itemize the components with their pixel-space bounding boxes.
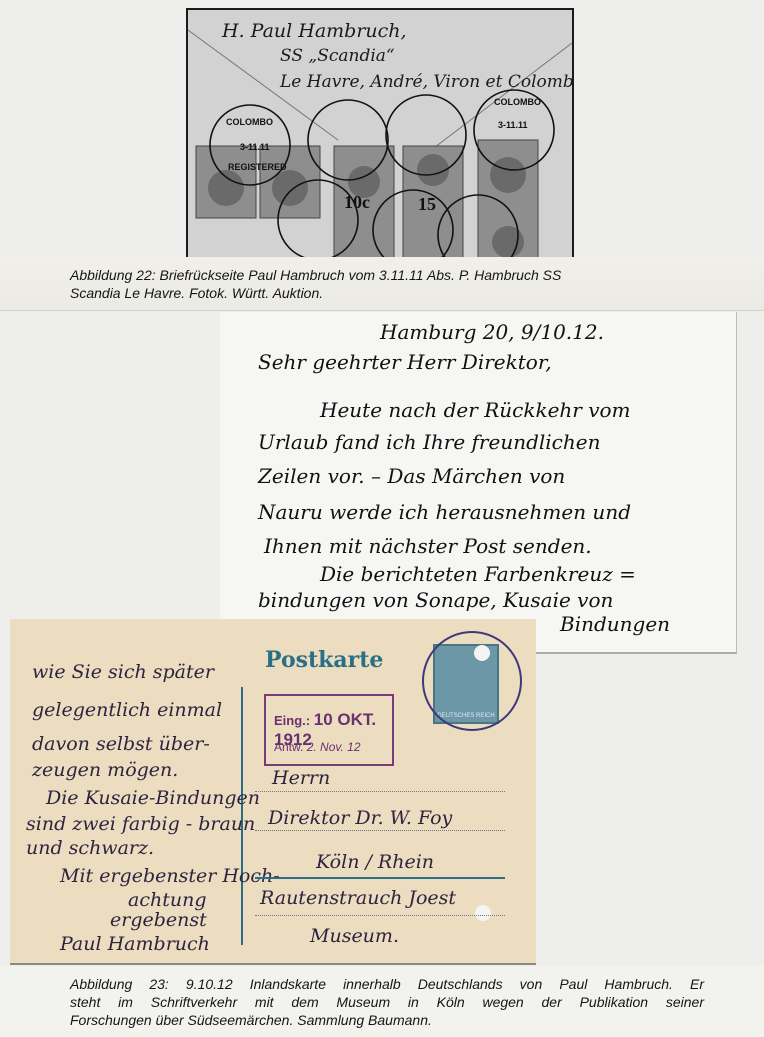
address-recipient-line: Köln / Rhein	[316, 851, 434, 873]
received-stamp: Eing.: 10 OKT. 1912 Antw. 2. Nov. 12	[264, 694, 394, 766]
address-recipient-line: Direktor Dr. W. Foy	[268, 807, 452, 829]
svg-text:REGISTERED: REGISTERED	[228, 162, 287, 172]
letter-line: Zeilen vor. – Das Märchen von	[258, 464, 565, 488]
envelope-sender-line-3: Le Havre, André, Viron et Colombo	[280, 72, 574, 92]
address-line	[255, 791, 505, 792]
svg-text:COLOMBO: COLOMBO	[226, 117, 273, 127]
svg-text:3-11.11: 3-11.11	[498, 120, 528, 130]
svg-text:COLOMBO: COLOMBO	[494, 97, 541, 107]
postcard-message-line: achtung	[128, 889, 206, 911]
caption-line: steht im Schriftverkehr mit dem Museum i…	[70, 993, 704, 1011]
answer-label: Antw.	[274, 740, 303, 754]
postcard-message-line: ergebenst	[110, 909, 207, 931]
postmark-cancel	[422, 631, 522, 731]
postcard-message-line: und schwarz.	[26, 837, 154, 859]
postcard-message-line: gelegentlich einmal	[32, 699, 222, 721]
letter-line: Ihnen mit nächster Post senden.	[264, 534, 592, 558]
postcard-message-line: zeugen mögen.	[32, 759, 178, 781]
address-line	[255, 915, 505, 916]
letter-line: Urlaub fand ich Ihre freundlichen	[258, 430, 600, 454]
postcard-message-line: wie Sie sich später	[32, 661, 214, 683]
postcard-message-line: sind zwei farbig - braun	[26, 813, 255, 835]
letter-line: Nauru werde ich herausnehmen und	[258, 500, 631, 524]
svg-text:3-11.11: 3-11.11	[240, 142, 270, 152]
letter-line: Hamburg 20, 9/10.12.	[380, 320, 604, 344]
received-label: Eing.:	[274, 713, 310, 728]
punch-hole	[474, 645, 490, 661]
postcard-signature: Paul Hambruch	[60, 933, 210, 955]
handwritten-letter: Hamburg 20, 9/10.12. Sehr geehrter Herr …	[220, 312, 737, 654]
postcard-title: Postkarte	[265, 647, 383, 673]
envelope-photo: 10c 15 COLOMBO 3-11.11 REGISTERED COLOMB…	[186, 8, 574, 260]
caption-line: Abbildung 22: Briefrückseite Paul Hambru…	[70, 266, 764, 284]
address-recipient-line: Rautenstrauch Joest	[260, 887, 456, 909]
letter-line: Sehr geehrter Herr Direktor,	[258, 350, 552, 374]
caption-line: Forschungen über Südseemärchen. Sammlung…	[70, 1011, 704, 1029]
figure-22-caption: Abbildung 22: Briefrückseite Paul Hambru…	[0, 257, 764, 311]
letter-line: Die berichteten Farbenkreuz =	[320, 562, 636, 586]
envelope-sender-line-1: H. Paul Hambruch,	[222, 20, 407, 42]
answer-date: 2. Nov. 12	[307, 740, 361, 754]
caption-line: Scandia Le Havre. Fotok. Württ. Auktion.	[70, 284, 764, 302]
postcard-photo: Postkarte wie Sie sich später gelegentli…	[10, 619, 536, 965]
address-recipient-line: Museum.	[310, 925, 399, 947]
punch-hole	[475, 905, 491, 921]
figure-23-caption: Abbildung 23: 9.10.12 Inlandskarte inner…	[0, 966, 764, 1037]
address-line	[255, 830, 505, 831]
postcard-message-line: davon selbst über-	[32, 733, 210, 755]
svg-text:15: 15	[418, 194, 436, 214]
address-line	[255, 877, 505, 879]
postcard-message-line: Die Kusaie-Bindungen	[46, 787, 260, 809]
postcard-message-line: Mit ergebenster Hoch-	[60, 865, 280, 887]
envelope-sender-line-2: SS „Scandia“	[280, 46, 395, 66]
letter-line: Bindungen	[560, 612, 670, 636]
letter-line: bindungen von Sonape, Kusaie von	[258, 588, 613, 612]
letter-line: Heute nach der Rückkehr vom	[320, 398, 631, 422]
address-recipient-line: Herrn	[272, 767, 330, 789]
caption-line: Abbildung 23: 9.10.12 Inlandskarte inner…	[70, 975, 704, 993]
